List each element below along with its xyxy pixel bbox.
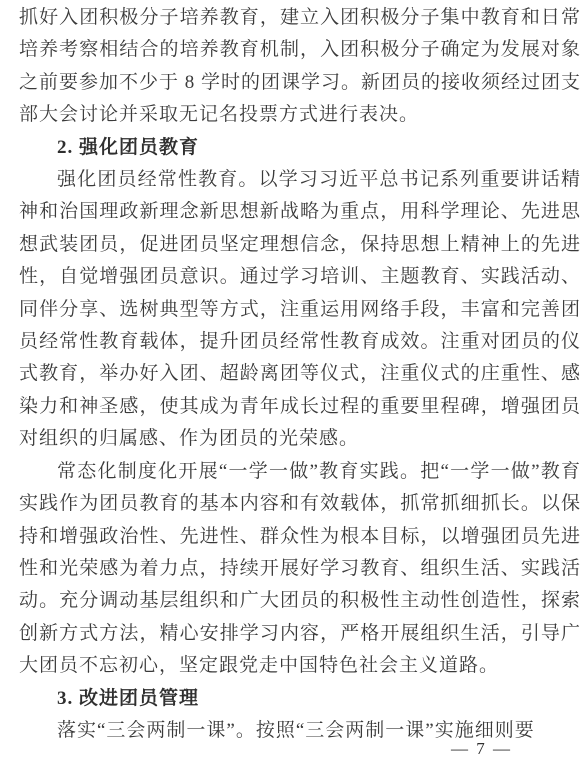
paragraph-yixueyizuo: 常态化制度化开展“一学一做”教育实践。把“一学一做”教育实践作为团员教育的基本内…: [19, 456, 581, 683]
page-number: — 7 —: [451, 739, 512, 759]
paragraph-member-education: 强化团员经常性教育。以学习习近平总书记系列重要讲话精神和治国理政新理念新思想新战…: [19, 164, 581, 456]
document-body: 抓好入团积极分子培养教育，建立入团积极分子集中教育和日常培养考察相结合的培养教育…: [19, 0, 581, 747]
paragraph-continuation: 抓好入团积极分子培养教育，建立入团积极分子集中教育和日常培养考察相结合的培养教育…: [19, 2, 581, 132]
section-heading-2: 2. 强化团员教育: [19, 132, 581, 164]
document-page: 抓好入团积极分子培养教育，建立入团积极分子集中教育和日常培养考察相结合的培养教育…: [0, 0, 588, 768]
section-heading-3: 3. 改进团员管理: [19, 683, 581, 715]
